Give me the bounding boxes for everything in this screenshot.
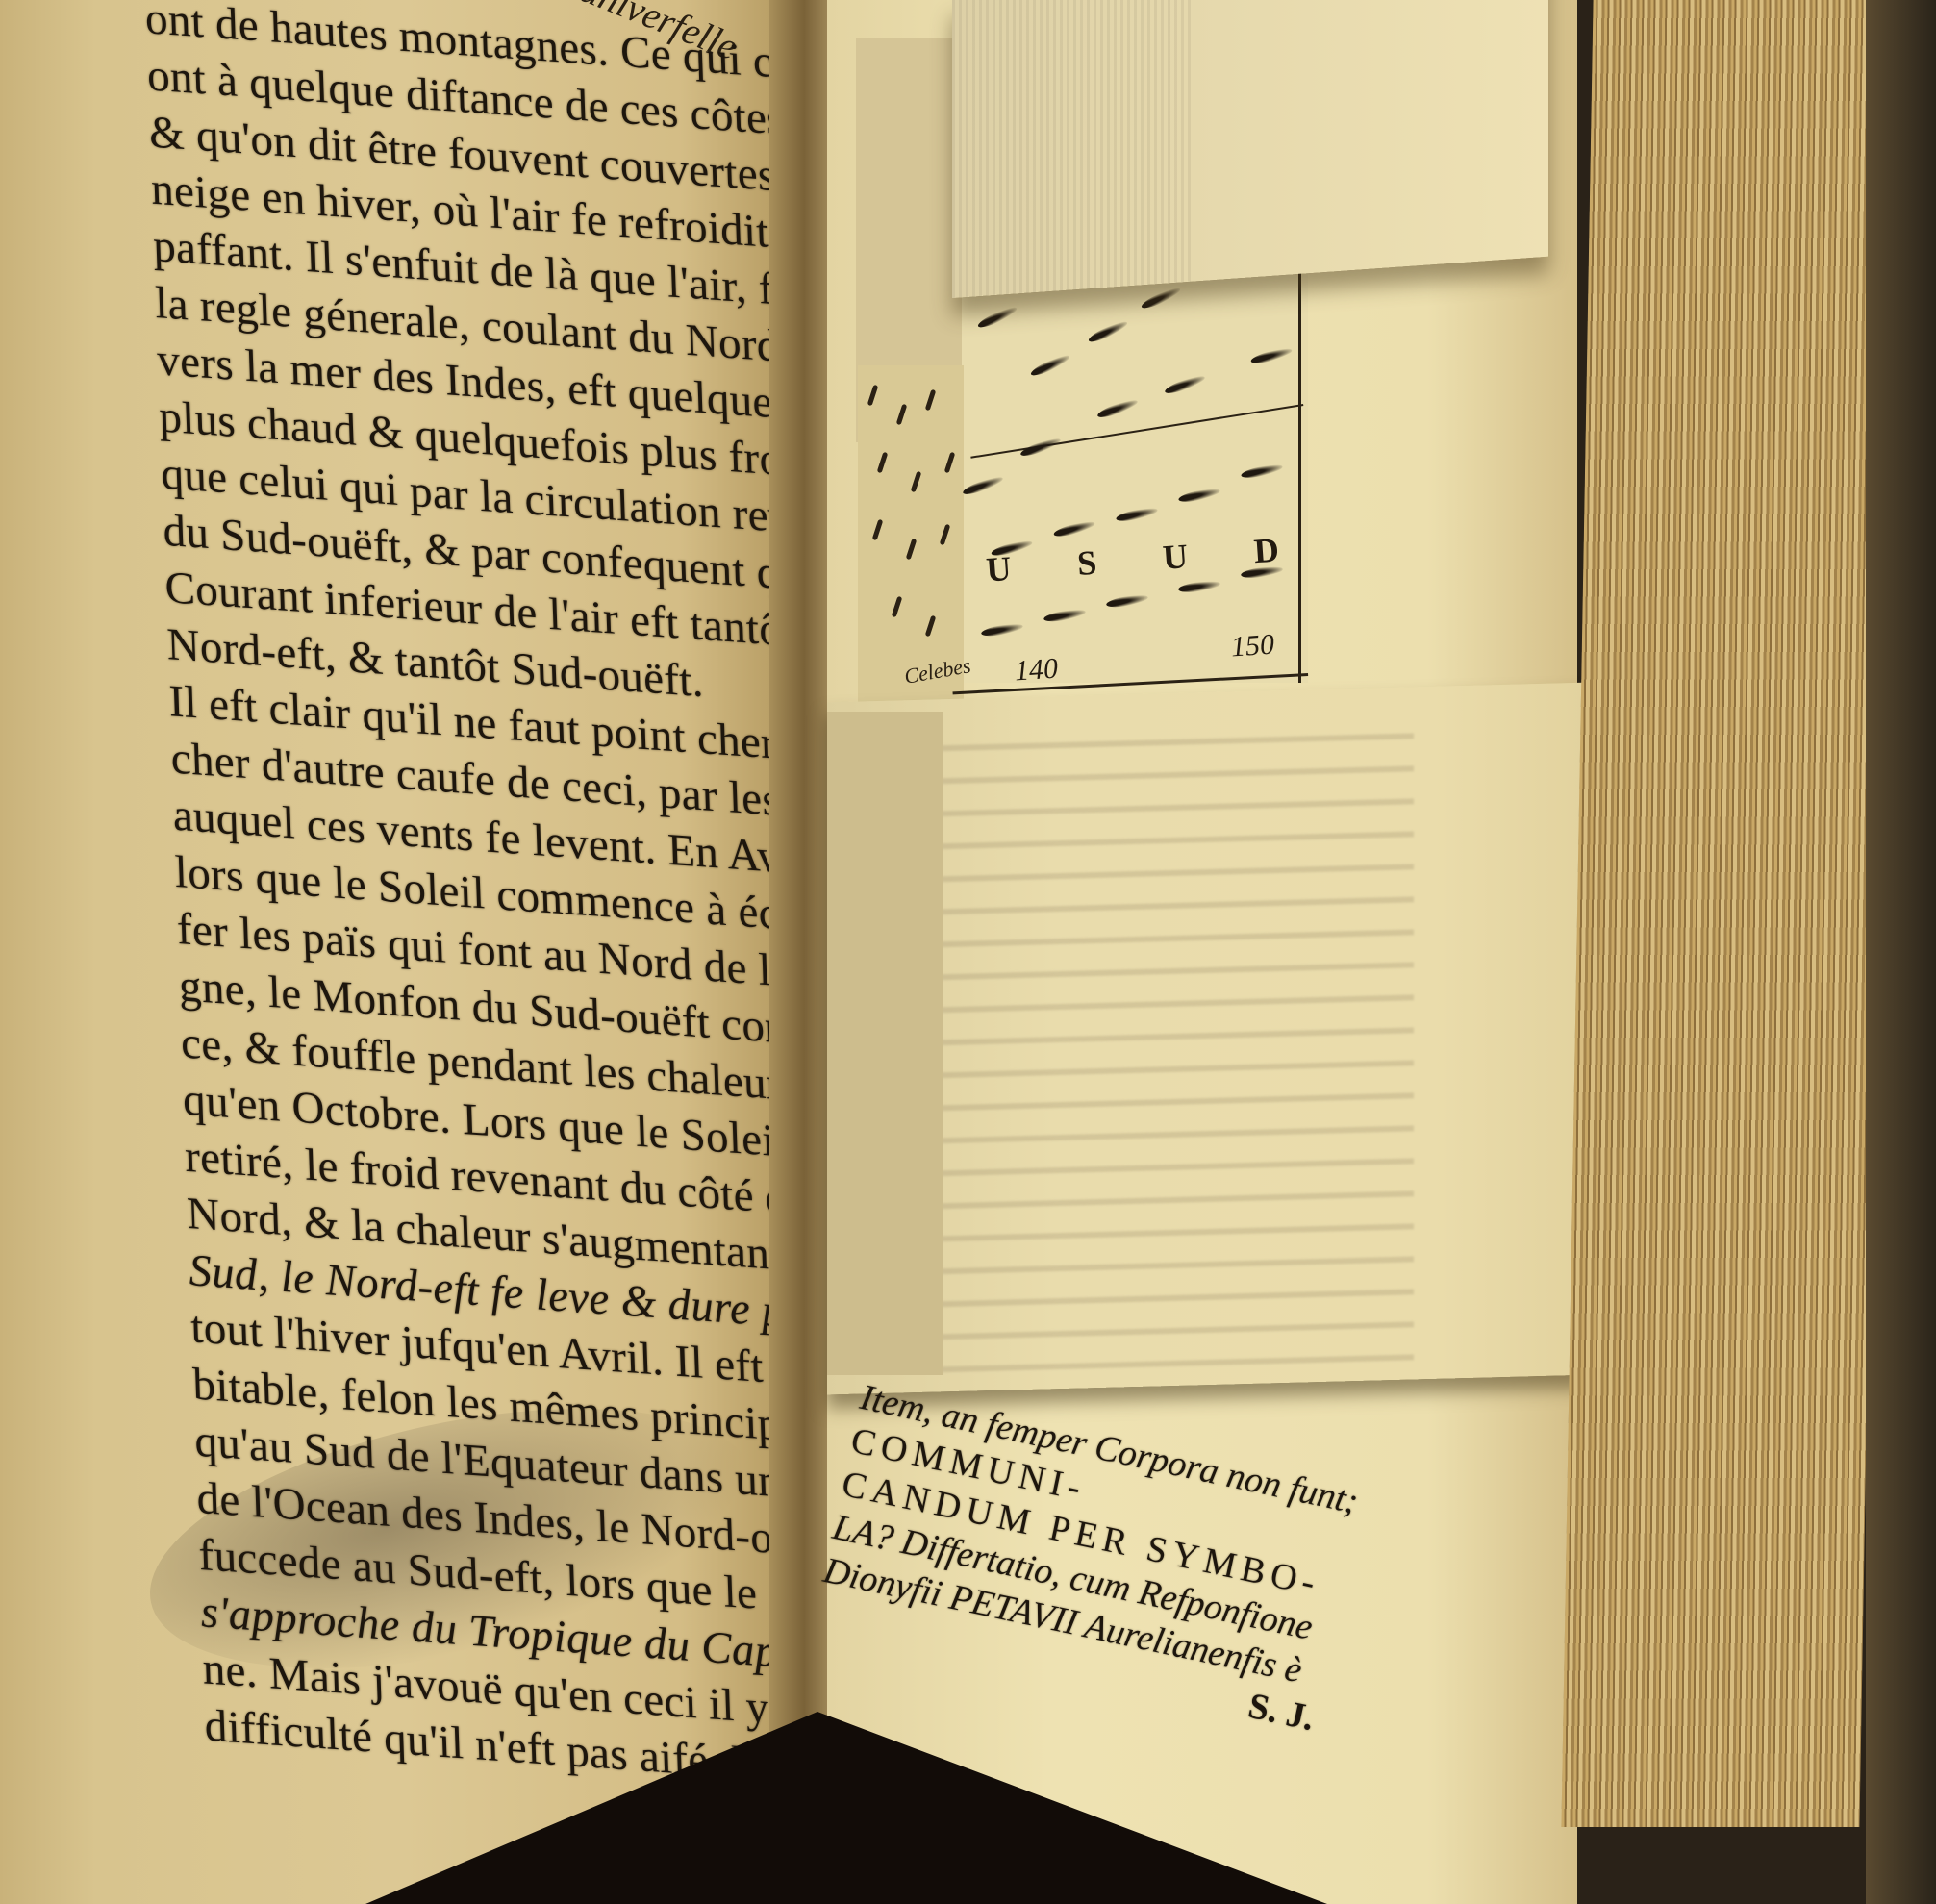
page-edges: [1561, 0, 1891, 1827]
longitude-label: 150: [1230, 628, 1275, 664]
longitude-label: 140: [1014, 652, 1059, 688]
book-cover: [1866, 0, 1936, 1904]
book-photo: univerfelle ont de hautes montagnes. Ce …: [0, 0, 1936, 1904]
folded-map-flap-edge: [827, 712, 943, 1375]
map-frame: [1298, 260, 1301, 683]
folded-map-flap-top: [952, 0, 1548, 298]
